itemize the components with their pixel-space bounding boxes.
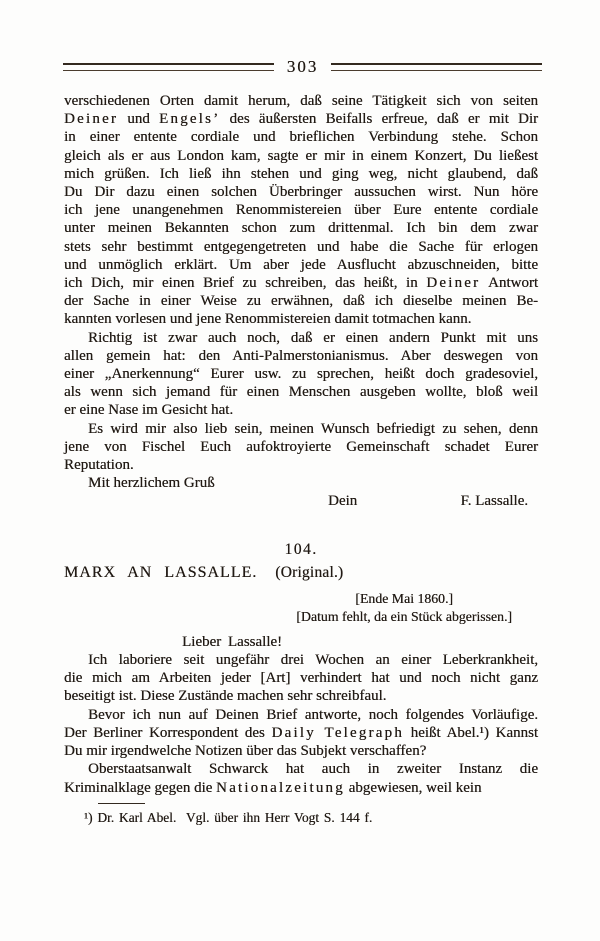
text-line: Deiner und Engels’ des äußersten Beifall… [64,110,538,128]
date-block: [Ende Mai 1860.] [Datum fehlt, da ein St… [296,590,512,627]
text-line: gleich als er aus London kam, sagte er m… [64,147,538,165]
text-line: und unmöglich erklärt. Um aber jede Ausf… [64,256,538,274]
text-line: ich jene unangenehmen Renommistereien üb… [64,201,538,219]
text-line: jene von Fischel Euch aufoktroyierte Gem… [64,438,538,456]
text-line: einer „Anerkennung“ Eurer usw. zu sprech… [64,365,538,383]
salutation: Lieber Lassalle! [64,633,538,651]
letterspaced-text: Engels’ [159,111,220,127]
text-line: verschiedenen Orten damit herum, daß sei… [64,92,538,110]
letter-number: 104. [64,541,538,559]
signature-row: Dein F. Lassalle. [64,492,538,510]
letter-title: MARX AN LASSALLE. [64,564,257,581]
letter-body-text: Ich laboriere seit ungefähr drei Wochen … [64,651,538,797]
text-line: unter meinen Bekannten schon zum dritten… [64,219,538,237]
letter-original-note: (Original.) [275,564,343,581]
header-rule-left [63,63,274,71]
text-line: Oberstaatsanwalt Schwarck hat auch in zw… [64,760,538,778]
text-line: der Sache in einer Weise zu erwähnen, da… [64,292,538,310]
page-number: 303 [287,57,319,77]
text-line: Reputation. [64,456,538,474]
text-line: Der Berliner Korrespondent des Daily Tel… [64,724,538,742]
text-line: Du mir irgendwelche Notizen über das Sub… [64,742,538,760]
text-line: er eine Nase im Gesicht hat. [64,401,538,419]
text-line: Es wird mir also lieb sein, meinen Wunsc… [64,420,538,438]
page-header: 303 [63,59,542,75]
letterspaced-text: Nationalzeitung [216,780,345,796]
signature-name: F. Lassalle. [460,492,528,510]
date-note: [Datum fehlt, da ein Stück abgerissen.] [296,608,512,627]
text-line: Kriminalklage gegen die Nationalzeitung … [64,779,538,797]
header-rule-right [331,63,542,71]
text-line: Du Dir dazu einen solchen Überbringer au… [64,183,538,201]
text-line: in einer entente cordiale und briefliche… [64,128,538,146]
text-line: die mich am Arbeiten jeder [Art] verhind… [64,669,538,687]
text-line: kannten vorlesen und jene Renommistereie… [64,310,538,328]
previous-letter-text: verschiedenen Orten damit herum, daß sei… [64,92,538,474]
signature-dein: Dein [328,492,357,510]
footnote-rule [98,803,145,804]
letterspaced-text: Deiner [64,111,118,127]
date-line: [Ende Mai 1860.] [296,590,512,609]
book-page: 303 verschiedenen Orten damit herum, daß… [0,0,600,941]
text-line: ich Dich, mir einen Brief zu schreiben, … [64,274,538,292]
text-line: als wenn sich jemand für einen Menschen … [64,383,538,401]
page-content: verschiedenen Orten damit herum, daß sei… [64,92,538,827]
text-line: Richtig ist zwar auch noch, daß er einen… [64,329,538,347]
text-line: Bevor ich nun auf Deinen Brief antworte,… [64,706,538,724]
letterspaced-text: Deiner [426,275,480,291]
text-line: beseitigt ist. Diese Zustände machen seh… [64,687,538,705]
text-line: mich grüßen. Ich ließ ihn stehen und gin… [64,165,538,183]
text-line: Ich laboriere seit ungefähr drei Wochen … [64,651,538,669]
letter-title-row: MARX AN LASSALLE.(Original.) [64,563,538,582]
footnote: ¹) Dr. Karl Abel. Vgl. über ihn Herr Vog… [64,809,538,827]
letter-closing: Mit herzlichem Gruß [64,474,538,492]
letterspaced-text: Daily Telegraph [271,725,403,741]
text-line: stets sehr bestimmt entgegengetreten und… [64,238,538,256]
text-line: allen gemein hat: den Anti-Palmerstonian… [64,347,538,365]
